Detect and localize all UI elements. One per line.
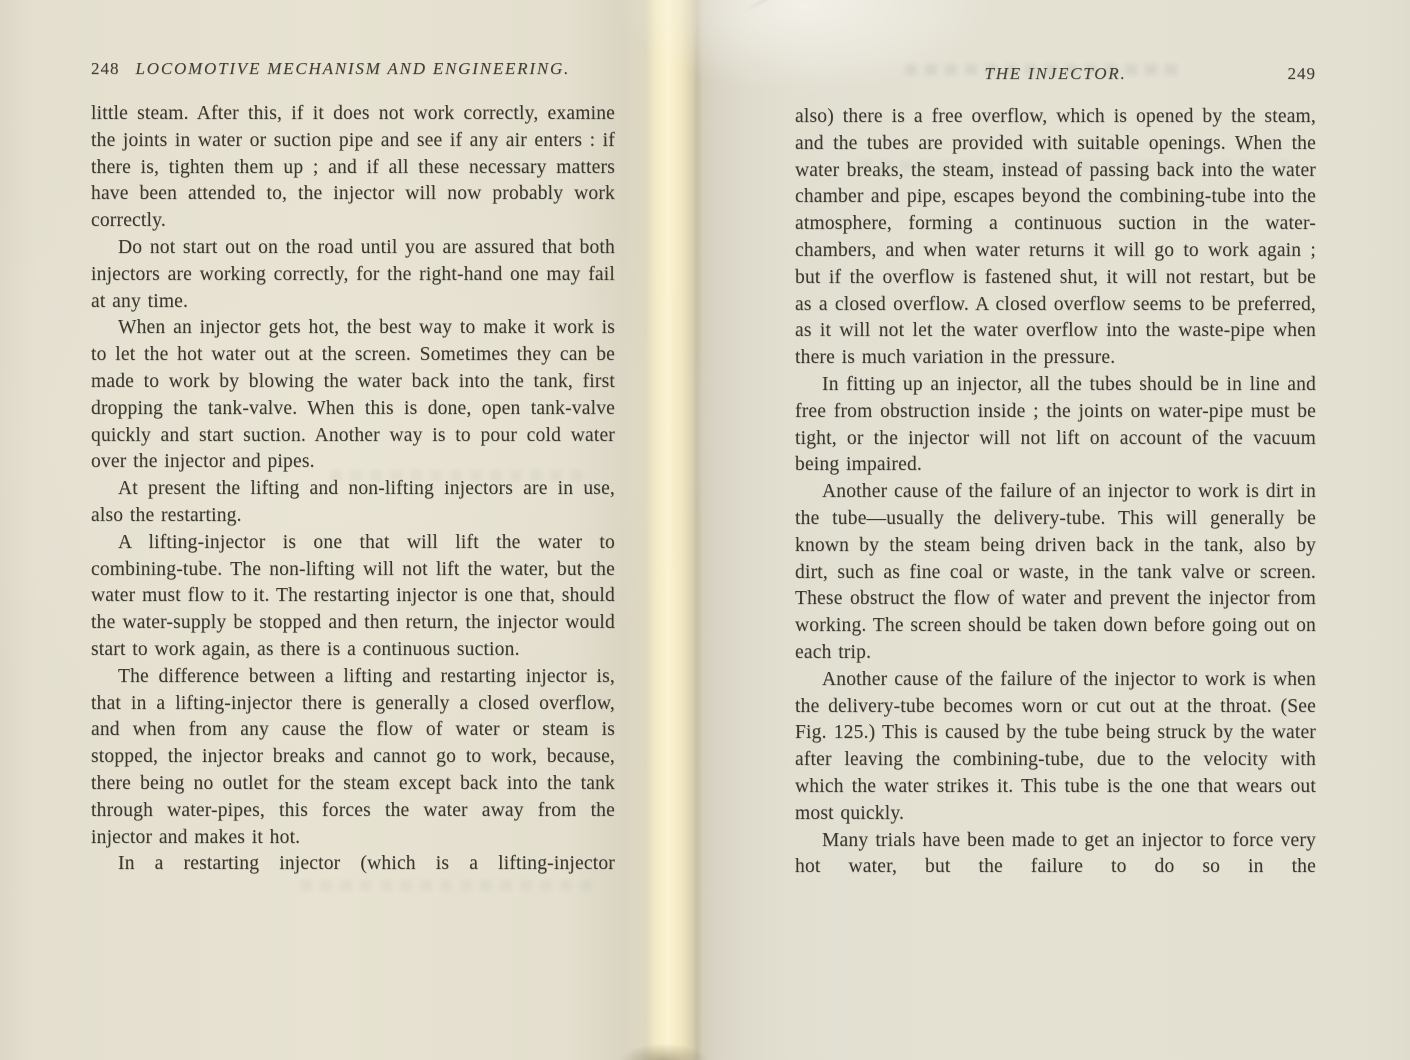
paragraph: little steam. After this, if it does not… [91,101,615,235]
right-running-title: THE INJECTOR. [984,64,1126,83]
left-page-number: 248 [91,59,120,78]
paragraph: A lifting-injector is one that will lift… [91,530,615,664]
left-page: 248LOCOMOTIVE MECHANISM AND ENGINEERING.… [0,0,660,1060]
book-scan: 248LOCOMOTIVE MECHANISM AND ENGINEERING.… [0,0,1410,1060]
paragraph: Another cause of the failure of the inje… [795,667,1316,828]
left-page-text: little steam. After this, if it does not… [91,101,615,878]
paragraph: Many trials have been made to get an inj… [795,828,1316,882]
paragraph: The difference between a lifting and res… [91,664,615,852]
paragraph: also) there is a free overflow, which is… [795,104,1316,372]
left-running-title: LOCOMOTIVE MECHANISM AND ENGINEERING. [136,59,571,78]
paragraph: Another cause of the failure of an injec… [795,479,1316,667]
paragraph: In fitting up an injector, all the tubes… [795,372,1316,479]
paragraph: In a restarting injector (which is a lif… [91,851,615,878]
right-page-number: 249 [1288,64,1317,84]
paragraph: At present the lifting and non-lifting i… [91,476,615,530]
left-running-header: 248LOCOMOTIVE MECHANISM AND ENGINEERING. [91,59,615,79]
right-page-text: also) there is a free overflow, which is… [795,104,1316,881]
paragraph: When an injector gets hot, the best way … [91,315,615,476]
right-page: THE INJECTOR. 249 also) there is a free … [700,0,1410,1060]
paragraph: Do not start out on the road until you a… [91,235,615,315]
right-running-header: THE INJECTOR. 249 [795,64,1316,84]
